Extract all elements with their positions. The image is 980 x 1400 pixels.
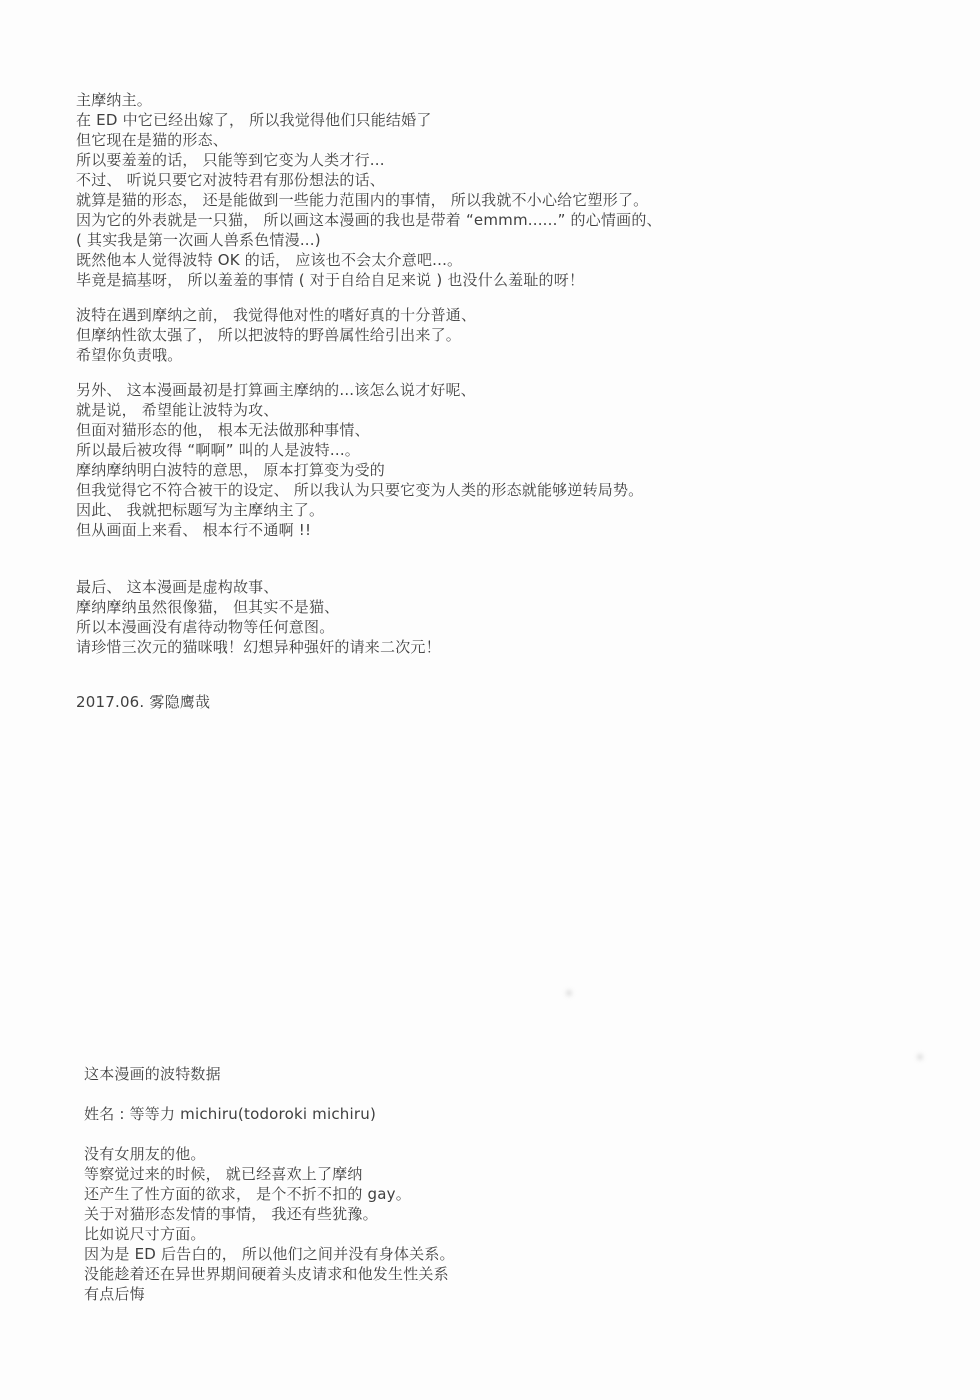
profile-line: 没有女朋友的他。 xyxy=(84,1144,904,1164)
profile-title: 这本漫画的波特数据 xyxy=(84,1064,904,1084)
afterword-line: 因此、 我就把标题写为主摩纳主了。 xyxy=(76,500,926,520)
afterword-line: 请珍惜三次元的猫咪哦！幻想异种强奸的请来二次元！ xyxy=(76,637,926,657)
afterword-line: 所以最后被攻得 “啊啊” 叫的人是波特...。 xyxy=(76,440,926,460)
scan-page: 主摩纳主。 在 ED 中它已经出嫁了， 所以我觉得他们只能结婚了 但它现在是猫的… xyxy=(0,0,980,1400)
afterword-line: 毕竟是搞基呀， 所以羞羞的事情 ( 对于自给自足来说 ) 也没什么羞耻的呀！ xyxy=(76,270,926,290)
afterword-line: 但我觉得它不符合被干的设定、 所以我认为只要它变为人类的形态就能够逆转局势。 xyxy=(76,480,926,500)
profile-name-line: 姓名 : 等等力 michiru(todoroki michiru) xyxy=(84,1104,904,1124)
afterword-line: 因为它的外表就是一只猫， 所以画这本漫画的我也是带着 “emmm......” … xyxy=(76,210,926,230)
scan-speck xyxy=(917,1054,923,1060)
afterword-line: 波特在遇到摩纳之前， 我觉得他对性的嗜好真的十分普通、 xyxy=(76,305,926,325)
afterword-line: ( 其实我是第一次画人兽系色情漫...) xyxy=(76,230,926,250)
afterword-paragraph-1: 主摩纳主。 在 ED 中它已经出嫁了， 所以我觉得他们只能结婚了 但它现在是猫的… xyxy=(76,90,926,290)
profile-line: 因为是 ED 后告白的， 所以他们之间并没有身体关系。 xyxy=(84,1244,904,1264)
afterword-paragraph-4: 最后、 这本漫画是虚构故事、 摩纳摩纳虽然很像猫， 但其实不是猫、 所以本漫画没… xyxy=(76,577,926,657)
profile-paragraph: 没有女朋友的他。 等察觉过来的时候， 就已经喜欢上了摩纳 还产生了性方面的欲求，… xyxy=(84,1144,904,1304)
character-profile-block: 这本漫画的波特数据 姓名 : 等等力 michiru(todoroki mich… xyxy=(84,1064,904,1304)
afterword-line: 不过、 听说只要它对波特君有那份想法的话、 xyxy=(76,170,926,190)
afterword-text-block: 主摩纳主。 在 ED 中它已经出嫁了， 所以我觉得他们只能结婚了 但它现在是猫的… xyxy=(76,90,926,712)
signature-date: 2017.06. 雾隐鹰哉 xyxy=(76,692,926,712)
profile-line: 比如说尺寸方面。 xyxy=(84,1224,904,1244)
profile-line: 有点后悔 xyxy=(84,1284,904,1304)
profile-line: 还产生了性方面的欲求， 是个不折不扣的 gay。 xyxy=(84,1184,904,1204)
afterword-paragraph-2: 波特在遇到摩纳之前， 我觉得他对性的嗜好真的十分普通、 但摩纳性欲太强了， 所以… xyxy=(76,305,926,365)
scan-speck xyxy=(566,990,572,996)
afterword-line: 但它现在是猫的形态、 xyxy=(76,130,926,150)
afterword-line: 但面对猫形态的他， 根本无法做那种事情、 xyxy=(76,420,926,440)
afterword-line: 希望你负责哦。 xyxy=(76,345,926,365)
afterword-line: 就算是猫的形态， 还是能做到一些能力范围内的事情， 所以我就不小心给它塑形了。 xyxy=(76,190,926,210)
afterword-line: 另外、 这本漫画最初是打算画主摩纳的...该怎么说才好呢、 xyxy=(76,380,926,400)
afterword-line: 摩纳摩纳虽然很像猫， 但其实不是猫、 xyxy=(76,597,926,617)
afterword-line: 摩纳摩纳明白波特的意思， 原本打算变为受的 xyxy=(76,460,926,480)
afterword-line: 所以要羞羞的话， 只能等到它变为人类才行... xyxy=(76,150,926,170)
afterword-line: 主摩纳主。 xyxy=(76,90,926,110)
profile-line: 没能趁着还在异世界期间硬着头皮请求和他发生性关系 xyxy=(84,1264,904,1284)
profile-line: 关于对猫形态发情的事情， 我还有些犹豫。 xyxy=(84,1204,904,1224)
profile-line: 等察觉过来的时候， 就已经喜欢上了摩纳 xyxy=(84,1164,904,1184)
afterword-line: 最后、 这本漫画是虚构故事、 xyxy=(76,577,926,597)
afterword-paragraph-3: 另外、 这本漫画最初是打算画主摩纳的...该怎么说才好呢、 就是说， 希望能让波… xyxy=(76,380,926,540)
afterword-line: 既然他本人觉得波特 OK 的话， 应该也不会太介意吧...。 xyxy=(76,250,926,270)
afterword-line: 在 ED 中它已经出嫁了， 所以我觉得他们只能结婚了 xyxy=(76,110,926,130)
afterword-line: 所以本漫画没有虐待动物等任何意图。 xyxy=(76,617,926,637)
afterword-line: 但摩纳性欲太强了， 所以把波特的野兽属性给引出来了。 xyxy=(76,325,926,345)
afterword-line: 但从画面上来看、 根本行不通啊 !! xyxy=(76,520,926,540)
afterword-line: 就是说， 希望能让波特为攻、 xyxy=(76,400,926,420)
